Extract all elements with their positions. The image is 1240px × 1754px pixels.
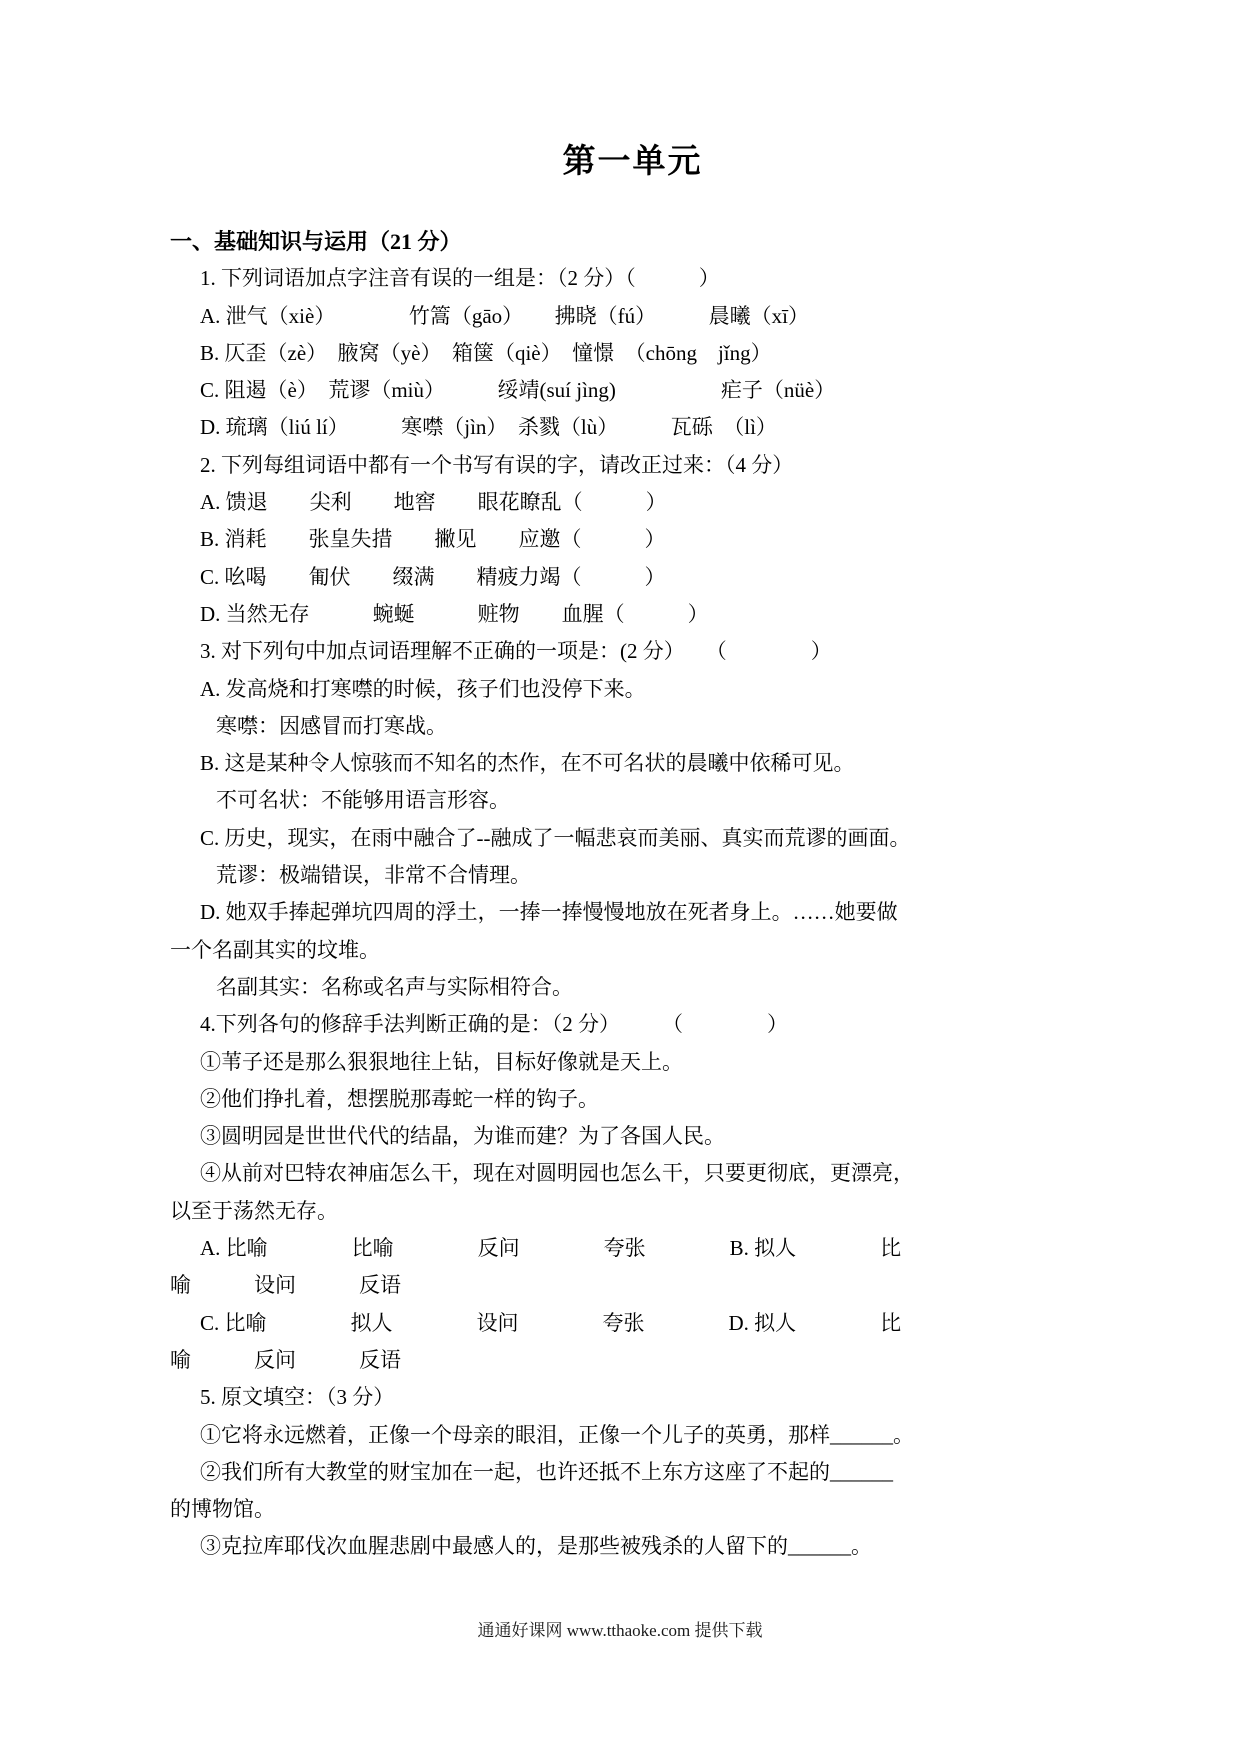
q4-choices-row-cd-continuation: 喻 反问 反语 <box>170 1342 1095 1379</box>
q1-stem: 1. 下列词语加点字注音有误的一组是：（2 分）（ ） <box>170 260 1095 297</box>
q4-stem: 4.下列各句的修辞手法判断正确的是：（2 分） （ ） <box>170 1006 1095 1043</box>
q4-choices-row-ab-continuation: 喻 设问 反语 <box>170 1267 1095 1304</box>
q2-stem: 2. 下列每组词语中都有一个书写有误的字，请改正过来：（4 分） <box>170 447 1095 484</box>
q3-item-a: A. 发高烧和打寒噤的时候，孩子们也没停下来。 <box>170 671 1095 708</box>
q2-option-b: B. 消耗 张皇失措 撇见 应邀（ ） <box>170 521 1095 558</box>
q4-sentence-2: ②他们挣扎着，想摆脱那毒蛇一样的钩子。 <box>170 1081 1095 1118</box>
q2-option-a: A. 馈退 尖利 地窖 眼花瞭乱（ ） <box>170 484 1095 521</box>
q3-item-d-continuation: 一个名副其实的坟堆。 <box>170 932 1095 969</box>
q4-sentence-4: ④从前对巴特农神庙怎么干，现在对圆明园也怎么干，只要更彻底，更漂亮， <box>170 1155 1095 1192</box>
q4-sentence-4-continuation: 以至于荡然无存。 <box>170 1193 1095 1230</box>
q5-stem: 5. 原文填空：（3 分） <box>170 1379 1095 1416</box>
q3-def-a: 寒噤：因感冒而打寒战。 <box>170 708 1095 745</box>
q3-def-d: 名副其实：名称或名声与实际相符合。 <box>170 969 1095 1006</box>
q5-blank-3: ③克拉库耶伐次血腥悲剧中最感人的，是那些被残杀的人留下的______。 <box>170 1528 1095 1565</box>
section-heading: 一、基础知识与运用（21 分） <box>170 223 1095 260</box>
q4-sentence-1: ①苇子还是那么狠狠地往上钻，目标好像就是天上。 <box>170 1044 1095 1081</box>
q3-item-d: D. 她双手捧起弹坑四周的浮土，一捧一捧慢慢地放在死者身上。……她要做 <box>170 894 1095 931</box>
q3-def-b: 不可名状：不能够用语言形容。 <box>170 782 1095 819</box>
q4-choices-row-cd: C. 比喻 拟人 设问 夸张 D. 拟人 比 <box>170 1305 1095 1342</box>
q3-def-c: 荒谬：极端错误，非常不合情理。 <box>170 857 1095 894</box>
q1-option-a: A. 泄气（xiè） 竹篙（gāo） 拂晓（fú） 晨曦（xī） <box>170 298 1095 335</box>
q1-option-b: B. 仄歪（zè） 腋窝（yè） 箱箧（qiè） 憧憬 （chōng jǐng） <box>170 335 1095 372</box>
q4-sentence-3: ③圆明园是世世代代的结晶，为谁而建？为了各国人民。 <box>170 1118 1095 1155</box>
q3-stem: 3. 对下列句中加点词语理解不正确的一项是：(2 分） （ ） <box>170 633 1095 670</box>
q5-blank-2: ②我们所有大教堂的财宝加在一起，也许还抵不上东方这座了不起的______ <box>170 1454 1095 1491</box>
q2-option-c: C. 吆喝 匍伏 缀满 精疲力竭（ ） <box>170 559 1095 596</box>
q2-option-d: D. 当然无存 蜿蜒 赃物 血腥（ ） <box>170 596 1095 633</box>
q1-option-c: C. 阻遏（è） 荒谬（miù） 绥靖(suí jìng) 疟子（nüè） <box>170 372 1095 409</box>
document-page: 第一单元 一、基础知识与运用（21 分） 1. 下列词语加点字注音有误的一组是：… <box>170 140 1095 1566</box>
footer-watermark: 通通好课网 www.tthaoke.com 提供下载 <box>0 1620 1240 1642</box>
page-title: 第一单元 <box>170 140 1095 184</box>
q5-blank-2-continuation: 的博物馆。 <box>170 1491 1095 1528</box>
q5-blank-1: ①它将永远燃着，正像一个母亲的眼泪，正像一个儿子的英勇，那样______。 <box>170 1417 1095 1454</box>
q4-choices-row-ab: A. 比喻 比喻 反问 夸张 B. 拟人 比 <box>170 1230 1095 1267</box>
q3-item-b: B. 这是某种令人惊骇而不知名的杰作，在不可名状的晨曦中依稀可见。 <box>170 745 1095 782</box>
q3-item-c: C. 历史，现实，在雨中融合了--融成了一幅悲哀而美丽、真实而荒谬的画面。 <box>170 820 1095 857</box>
q1-option-d: D. 琉璃（liú lí） 寒噤（jìn） 杀戮（lù） 瓦砾 （lì） <box>170 409 1095 446</box>
